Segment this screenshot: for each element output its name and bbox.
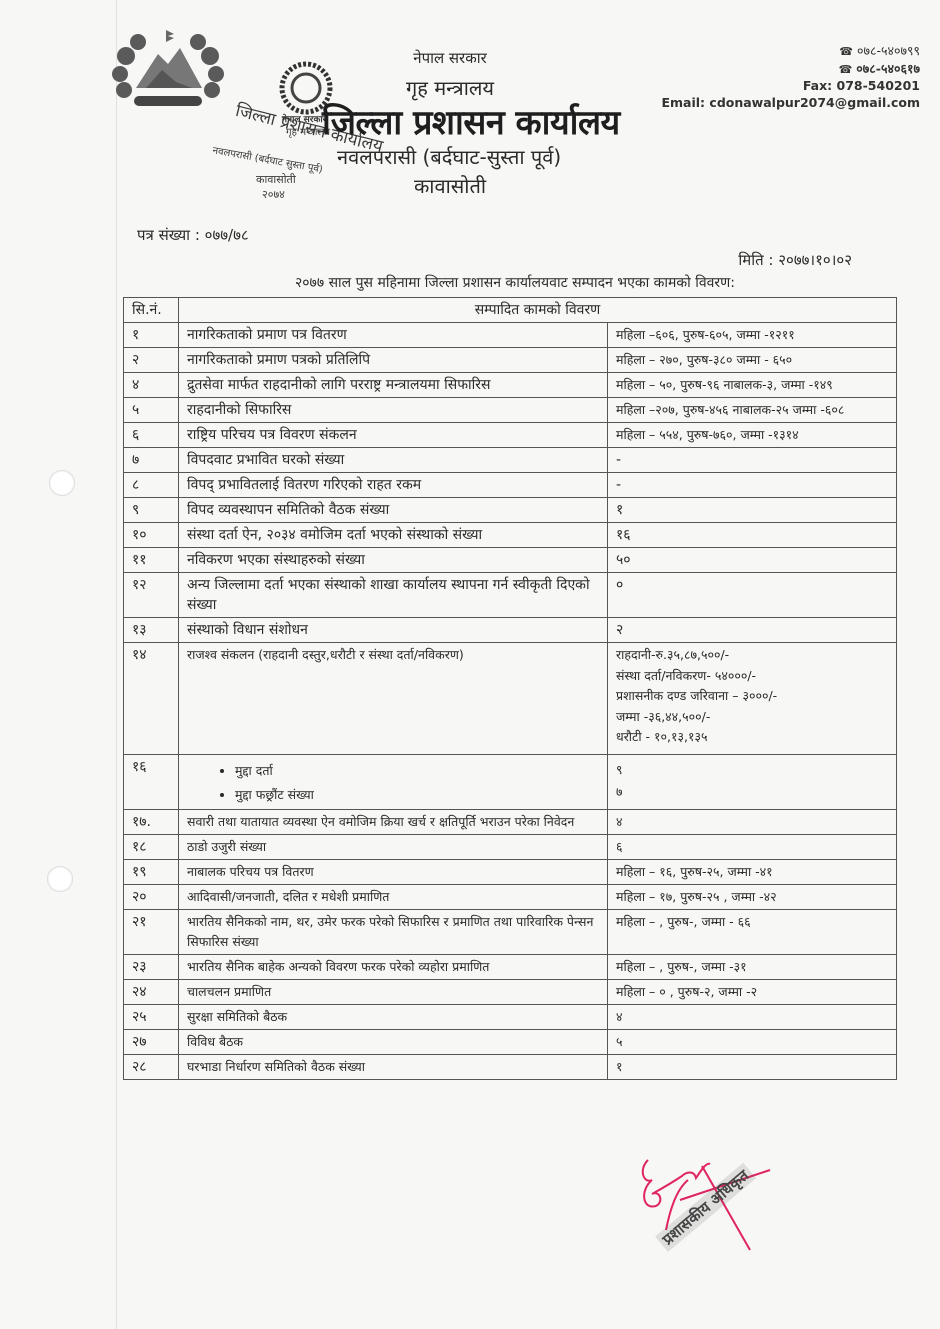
telephone-icon: ☎ [839,45,853,58]
table-row: २३भारतिय सैनिक बाहेक अन्यको विवरण फरक पर… [124,954,897,979]
value-cell: १ [608,498,897,523]
serial-number-cell: २५ [124,1004,179,1029]
table-row: २नागरिकताको प्रमाण पत्रको प्रतिलिपिमहिला… [124,348,897,373]
serial-number-cell: १ [124,323,179,348]
table-row: १नागरिकताको प्रमाण पत्र वितरणमहिला –६०६,… [124,323,897,348]
table-row: ७विपदवाट प्रभावित घरको संख्या- [124,448,897,473]
description-cell: विपद व्यवस्थापन समितिको वैठक संख्या [179,498,608,523]
value-cell: महिला – , पुरुष-, जम्मा - ६६ [608,909,897,954]
value-cell: ४ [608,809,897,834]
ministry-name: गृह मन्त्रालय [250,74,650,101]
serial-number-cell: ४ [124,373,179,398]
value-line: संस्था दर्ता/नविकरण- ५४०००/- [616,666,888,687]
fax-number: Fax: 078-540201 [803,78,920,93]
punch-hole [49,470,75,496]
serial-number-cell: १९ [124,859,179,884]
description-cell: राहदानीको सिफारिस [179,398,608,423]
value-cell: महिला – ५०, पुरुष-९६ नाबालक-३, जम्मा -१४… [608,373,897,398]
value-cell: महिला – २७०, पुरुष-३८० जम्मा - ६५० [608,348,897,373]
description-cell: ठाडो उजुरी संख्या [179,834,608,859]
description-cell: विविध बैठक [179,1029,608,1054]
city-name: कावासोती [250,172,650,199]
value-cell: १ [608,1054,897,1079]
stamp-line: नवलपरासी (बर्दघाट सुस्ता पूर्व) [212,142,324,175]
paper-fold-line [116,0,117,1329]
phone-number: ०७८-५४०६१७ [856,61,920,76]
bullet-item: मुद्दा दर्ता [235,759,599,783]
punch-hole [47,866,73,892]
government-name: नेपाल सरकार [250,48,650,68]
value-cell: महिला – १७, पुरुष-२५ , जम्मा -४२ [608,884,897,909]
value-cell: राहदानी-रु.३५,८७,५००/-संस्था दर्ता/नविकर… [608,643,897,755]
value-cell: ९७ [608,754,897,809]
serial-number-cell: १३ [124,618,179,643]
value-cell: १६ [608,523,897,548]
serial-number-cell: १८ [124,834,179,859]
telephone-icon: ☎ [839,63,853,76]
description-cell: नविकरण भएका संस्थाहरुको संख्या [179,548,608,573]
value-cell: महिला – ५५४, पुरुष-७६०, जम्मा -१३१४ [608,423,897,448]
table-row: १४राजश्व संकलन (राहदानी दस्तुर,धरौटी र स… [124,643,897,755]
bullet-list: मुद्दा दर्तामुद्दा फछ्रौंट संख्या [187,759,599,807]
header-description: सम्पादित कामको विवरण [179,298,897,323]
description-cell: द्रुतसेवा मार्फत राहदानीको लागि परराष्ट्… [179,373,608,398]
table-row: १०संस्था दर्ता ऐन, २०३४ वमोजिम दर्ता भएक… [124,523,897,548]
table-row: २१भारतिय सैनिकको नाम, थर, उमेर फरक परेको… [124,909,897,954]
table-row: ९विपद व्यवस्थापन समितिको वैठक संख्या१ [124,498,897,523]
description-cell: नाबालक परिचय पत्र वितरण [179,859,608,884]
serial-number-cell: २८ [124,1054,179,1079]
serial-number-cell: ७ [124,448,179,473]
description-cell: राजश्व संकलन (राहदानी दस्तुर,धरौटी र संस… [179,643,608,755]
table-row: ६राष्ट्रिय परिचय पत्र विवरण संकलनमहिला –… [124,423,897,448]
table-row: २४चालचलन प्रमाणितमहिला – ० , पुरुष-२, जम… [124,979,897,1004]
description-cell: मुद्दा दर्तामुद्दा फछ्रौंट संख्या [179,754,608,809]
value-cell: महिला –२०७, पुरुष-४५६ नाबालक-२५ जम्मा -६… [608,398,897,423]
serial-number-cell: ८ [124,473,179,498]
value-cell: ५० [608,548,897,573]
description-cell: नागरिकताको प्रमाण पत्रको प्रतिलिपि [179,348,608,373]
reference-number: पत्र संख्या : ०७७/७८ [137,225,249,245]
table-row: ११नविकरण भएका संस्थाहरुको संख्या५० [124,548,897,573]
serial-number-cell: ११ [124,548,179,573]
table-row: १६मुद्दा दर्तामुद्दा फछ्रौंट संख्या९७ [124,754,897,809]
letter-date: मिति : २०७७।१०।०२ [738,250,852,270]
serial-number-cell: २३ [124,954,179,979]
serial-number-cell: ५ [124,398,179,423]
table-row: २५सुरक्षा समितिको बैठक४ [124,1004,897,1029]
value-cell: ४ [608,1004,897,1029]
value-cell: - [608,448,897,473]
value-line: जम्मा -३६,४४,५००/- [616,707,888,728]
table-row: ४द्रुतसेवा मार्फत राहदानीको लागि परराष्ट… [124,373,897,398]
serial-number-cell: १७. [124,809,179,834]
value-line: राहदानी-रु.३५,८७,५००/- [616,645,888,666]
description-cell: विपद् प्रभावितलाई वितरण गरिएको राहत रकम [179,473,608,498]
report-title: २०७७ साल पुस महिनामा जिल्ला प्रशासन कार्… [130,273,900,292]
serial-number-cell: २१ [124,909,179,954]
table-row: १२अन्य जिल्लामा दर्ता भएका संस्थाको शाखा… [124,573,897,618]
description-cell: चालचलन प्रमाणित [179,979,608,1004]
work-details-table: सि.नं. सम्पादित कामको विवरण १नागरिकताको … [123,297,897,1080]
description-cell: सवारी तथा यातायात व्यवस्था ऐन वमोजिम क्र… [179,809,608,834]
serial-number-cell: ६ [124,423,179,448]
serial-number-cell: २७ [124,1029,179,1054]
table-row: १९नाबालक परिचय पत्र वितरणमहिला – १६, पुर… [124,859,897,884]
description-cell: राष्ट्रिय परिचय पत्र विवरण संकलन [179,423,608,448]
table-row: १३संस्थाको विधान संशोधन२ [124,618,897,643]
email-address: Email: cdonawalpur2074@gmail.com [661,95,920,110]
phone-line-1: ☎०७८-५४०७९९ [839,42,920,59]
serial-number-cell: २४ [124,979,179,1004]
serial-number-cell: ९ [124,498,179,523]
table-row: १७.सवारी तथा यातायात व्यवस्था ऐन वमोजिम … [124,809,897,834]
value-line: प्रशासनीक दण्ड जरिवाना – ३०००/- [616,686,888,707]
description-cell: भारतिय सैनिक बाहेक अन्यको विवरण फरक परेक… [179,954,608,979]
district-name: नवलपरासी (बर्दघाट-सुस्ता पूर्व) [337,143,561,170]
nepal-emblem-icon [106,26,230,116]
description-cell: आदिवासी/जनजाती, दलित र मधेशी प्रमाणित [179,884,608,909]
description-cell: संस्था दर्ता ऐन, २०३४ वमोजिम दर्ता भएको … [179,523,608,548]
value-cell: ६ [608,834,897,859]
table-row: १८ठाडो उजुरी संख्या६ [124,834,897,859]
table-row: ५राहदानीको सिफारिसमहिला –२०७, पुरुष-४५६ … [124,398,897,423]
header-serial-number: सि.नं. [124,298,179,323]
bullet-item: मुद्दा फछ्रौंट संख्या [235,783,599,807]
value-cell: २ [608,618,897,643]
table-row: २०आदिवासी/जनजाती, दलित र मधेशी प्रमाणितम… [124,884,897,909]
serial-number-cell: १२ [124,573,179,618]
value-cell: महिला – , पुरुष-, जम्मा -३१ [608,954,897,979]
value-cell: महिला – ० , पुरुष-२, जम्मा -२ [608,979,897,1004]
table-body: १नागरिकताको प्रमाण पत्र वितरणमहिला –६०६,… [124,323,897,1080]
description-cell: संस्थाको विधान संशोधन [179,618,608,643]
value-cell: - [608,473,897,498]
value-cell: ५ [608,1029,897,1054]
serial-number-cell: १० [124,523,179,548]
value-line: धरौटी - १०,१३,१३५ [616,727,888,748]
phone-line-2: ☎०७८-५४०६१७ [839,60,920,77]
table-row: ८विपद् प्रभावितलाई वितरण गरिएको राहत रकम… [124,473,897,498]
office-name: जिल्ला प्रशासन कार्यालय [322,98,620,144]
description-cell: अन्य जिल्लामा दर्ता भएका संस्थाको शाखा क… [179,573,608,618]
description-cell: विपदवाट प्रभावित घरको संख्या [179,448,608,473]
description-cell: सुरक्षा समितिको बैठक [179,1004,608,1029]
value-cell: ० [608,573,897,618]
value-cell: महिला – १६, पुरुष-२५, जम्मा -४१ [608,859,897,884]
table-row: २७विविध बैठक५ [124,1029,897,1054]
description-cell: घरभाडा निर्धारण समितिको वैठक संख्या [179,1054,608,1079]
value-line: ९ [616,759,888,781]
serial-number-cell: १६ [124,754,179,809]
phone-number: ०७८-५४०७९९ [857,43,920,58]
table-header-row: सि.नं. सम्पादित कामको विवरण [124,298,897,323]
value-cell: महिला –६०६, पुरुष-६०५, जम्मा -१२११ [608,323,897,348]
description-cell: नागरिकताको प्रमाण पत्र वितरण [179,323,608,348]
serial-number-cell: १४ [124,643,179,755]
serial-number-cell: २ [124,348,179,373]
serial-number-cell: २० [124,884,179,909]
table-row: २८घरभाडा निर्धारण समितिको वैठक संख्या१ [124,1054,897,1079]
description-cell: भारतिय सैनिकको नाम, थर, उमेर फरक परेको स… [179,909,608,954]
value-line: ७ [616,781,888,803]
